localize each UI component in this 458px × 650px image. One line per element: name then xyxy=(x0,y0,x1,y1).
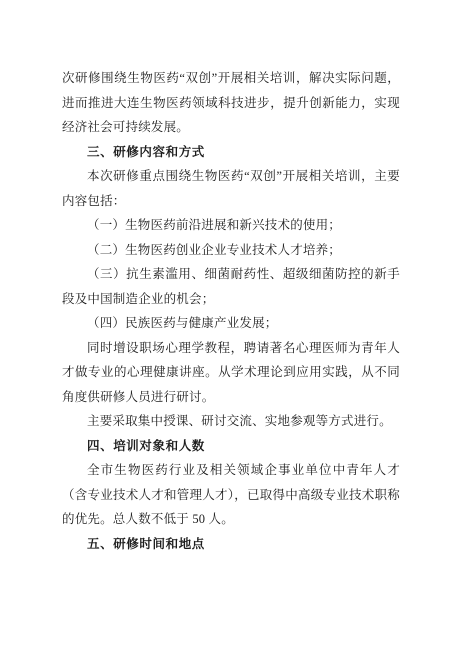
paragraph-psychology-course: 同时增设职场心理学教程，聘请著名心理医师为青年人才做专业的心理健康讲座。从学术理… xyxy=(62,336,400,410)
paragraph-content-overview: 本次研修重点围绕生物医药“双创”开展相关培训，主要内容包括： xyxy=(62,164,400,213)
paragraph-training-method: 主要采取集中授课、研讨交流、实地参观等方式进行。 xyxy=(62,409,400,434)
list-item-4: （四）民族医药与健康产业发展； xyxy=(62,311,400,336)
list-item-3: （三）抗生素滥用、细菌耐药性、超级细菌防控的新手段及中国制造企业的机会； xyxy=(62,262,400,311)
document-page: 次研修围绕生物医药“双创”开展相关培训，解决实际问题，进而推进大连生物医药领域科… xyxy=(0,0,458,650)
paragraph-trainee-scope: 全市生物医药行业及相关领域企事业单位中青年人才（含专业技术人才和管理人才），已取… xyxy=(62,458,400,532)
paragraph-continuation: 次研修围绕生物医药“双创”开展相关培训，解决实际问题，进而推进大连生物医药领域科… xyxy=(62,66,400,140)
list-item-2: （二）生物医药创业企业专业技术人才培养； xyxy=(62,238,400,263)
list-item-1: （一）生物医药前沿进展和新兴技术的使用； xyxy=(62,213,400,238)
heading-section-5: 五、研修时间和地点 xyxy=(62,532,400,557)
heading-section-3: 三、研修内容和方式 xyxy=(62,140,400,165)
heading-section-4: 四、培训对象和人数 xyxy=(62,434,400,459)
